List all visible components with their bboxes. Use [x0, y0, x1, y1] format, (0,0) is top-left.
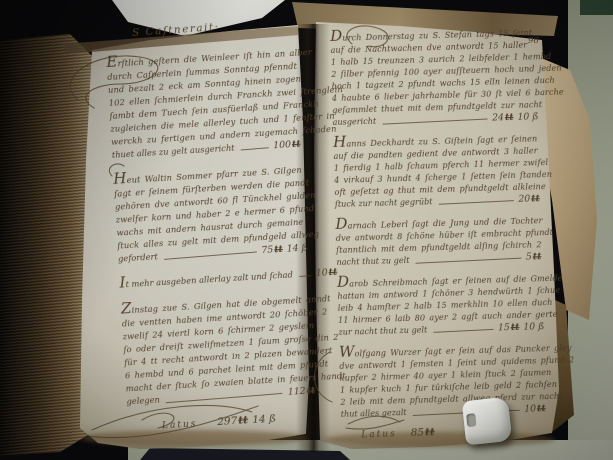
pound-sign: tt — [537, 403, 546, 414]
amount-number: 85 — [410, 427, 424, 439]
amount-pounds: 10tt — [524, 403, 547, 416]
manuscript-paragraph: Zinstag zue S. Gilgen hat die obgemelt a… — [121, 291, 317, 408]
sum-dash-rule — [433, 329, 493, 333]
sum-dash-rule — [299, 275, 311, 277]
amount-number: 112 — [288, 386, 306, 398]
right-page-text: Durch Donnerstag zu S. Stefan tags 15 ſe… — [330, 24, 547, 442]
pound-sign: tt — [238, 414, 248, 427]
amount-pounds: 15tt 10 ß — [498, 321, 545, 334]
manuscript-paragraph: Darnach Leberl ſagt die Jung und die Toc… — [335, 212, 542, 269]
latus-label: Latus — [162, 418, 198, 433]
text-line: gefordert — [118, 250, 158, 265]
amount-pounds: 112tt — [288, 384, 317, 399]
amount-number: 297 — [217, 415, 238, 428]
sum-dash-rule — [416, 258, 521, 264]
table-dark-green-corner — [580, 0, 613, 15]
text-line: It mehr ausgeben allerlay zalt und ſchad — [119, 266, 293, 291]
manuscript-paragraph: Heut Waltin Sommer pfarr zue S. Gilgen ſ… — [113, 162, 308, 266]
amount-pounds: 20tt — [518, 193, 541, 206]
sum-dash-rule — [166, 393, 283, 403]
text-line: ſtuck zur nacht gegrübt — [335, 195, 433, 210]
amount-pounds: 75tt 14 ß — [261, 241, 308, 257]
amount-row: It mehr ausgeben allerlay zalt und ſchad… — [119, 265, 310, 291]
page-total-amount: 85tt — [410, 426, 435, 439]
sum-dash-rule — [382, 119, 487, 125]
left-page-bottom-browned-edge — [80, 430, 308, 446]
amount-number: 20 — [518, 193, 530, 204]
amount-number: 10 — [316, 267, 328, 279]
text-line: gelegen — [126, 393, 160, 408]
text-line: zur nacht thut zu gelt — [338, 323, 427, 337]
pound-sign: tt — [505, 112, 514, 123]
manuscript-paragraph: It mehr ausgeben allerlay zalt und ſchad… — [119, 265, 310, 291]
pound-sign: tt — [425, 426, 435, 438]
text-line: nacht thut zu gelt — [336, 254, 409, 268]
amount-number: 100 — [273, 139, 291, 151]
amount-number: 10 — [524, 403, 536, 414]
manuscript-paragraph: Hanns Deckhardt zu S. Giſtein ſagt er ſe… — [333, 130, 541, 211]
sum-dash-rule — [439, 200, 514, 205]
pound-sign: tt — [274, 244, 283, 255]
pound-sign: tt — [306, 385, 315, 396]
sum-dash-rule — [164, 251, 257, 259]
sum-dash-rule — [241, 147, 269, 150]
amount-pounds: 24tt 10 ß — [492, 111, 539, 124]
manuscript-paragraph: Erſtlich geſtern die Weinleer iſt hin an… — [106, 45, 302, 162]
pound-sign: tt — [511, 322, 520, 333]
amount-pounds: 5tt — [526, 251, 543, 263]
manuscript-paragraph: Durch Donnerstag zu S. Stefan tags 15 ſe… — [330, 24, 539, 129]
white-plastic-clip[interactable] — [462, 397, 512, 446]
manuscript-paragraph: Wolfgang Wurzer ſagt er ſein auf das Pun… — [339, 340, 547, 421]
page-total-amount: 297tt 14 ß — [217, 413, 276, 429]
shilling-amount: 14 ß — [252, 413, 276, 426]
text-line: ausgericht — [332, 115, 376, 128]
manuscript-paragraph: Darob Schreibmach ſagt er ſeinen auf die… — [337, 270, 545, 339]
amount-number: 5 — [526, 251, 532, 262]
shilling-amount: 10 ß — [517, 111, 538, 123]
amount-number: 75 — [261, 244, 273, 256]
shilling-amount: 14 ß — [286, 242, 308, 254]
manuscript-photo: S Caſtnerait· Erſtlich geſtern die Weinl… — [0, 0, 613, 460]
latus-label: Latus — [361, 428, 397, 441]
left-page-text: Erſtlich geſtern die Weinleer iſt hin an… — [106, 45, 318, 436]
amount-pounds: 10tt — [315, 266, 338, 280]
amount-number: 24 — [492, 112, 504, 123]
pound-sign: tt — [533, 251, 542, 262]
amount-pounds: 100tt — [273, 138, 302, 153]
clip-hole — [466, 413, 476, 427]
pound-sign: tt — [531, 193, 540, 204]
shilling-amount: 10 ß — [523, 321, 544, 333]
pound-sign: tt — [292, 139, 301, 150]
amount-number: 15 — [498, 322, 510, 333]
text-line: thut alles gezalt — [341, 406, 407, 420]
